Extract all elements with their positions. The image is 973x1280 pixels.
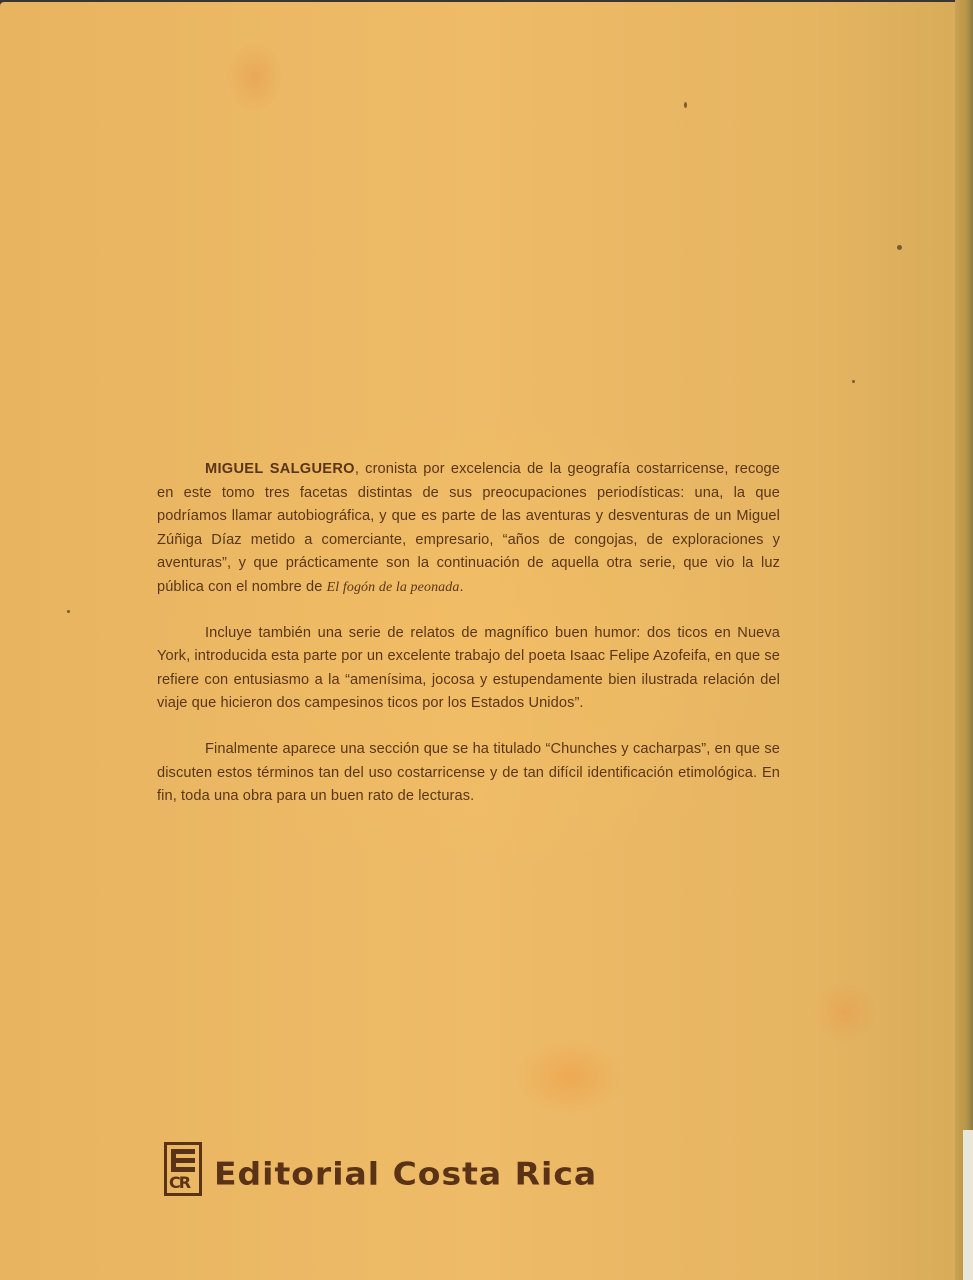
- blurb-paragraph-3: Finalmente aparece una sección que se ha…: [157, 738, 780, 809]
- logo-cr-text: CR: [169, 1174, 199, 1192]
- paper-speck: [684, 102, 687, 108]
- paper-speck: [67, 610, 70, 613]
- publisher-name: Editorial Costa Rica: [214, 1155, 597, 1193]
- blurb-text: MIGUEL SALGUERO, cronista por excelencia…: [157, 458, 780, 831]
- paper-speck: [897, 245, 902, 250]
- ecr-logo-icon: CR: [164, 1142, 202, 1196]
- book-spine-edge: [955, 0, 973, 1280]
- blurb-paragraph-1: MIGUEL SALGUERO, cronista por excelencia…: [157, 458, 780, 600]
- book-title-reference: El fogón de la peonada: [327, 580, 460, 595]
- book-back-cover: MIGUEL SALGUERO, cronista por excelencia…: [0, 2, 955, 1280]
- blurb-paragraph-1-text: , cronista por excelencia de la geografí…: [157, 461, 780, 595]
- publisher-imprint: CR Editorial Costa Rica: [164, 1142, 597, 1196]
- period: .: [459, 579, 463, 595]
- author-name: MIGUEL SALGUERO: [205, 461, 355, 477]
- spine-tape: [963, 1130, 973, 1280]
- paper-speck: [852, 380, 855, 383]
- blurb-paragraph-2: Incluye también una serie de relatos de …: [157, 622, 780, 716]
